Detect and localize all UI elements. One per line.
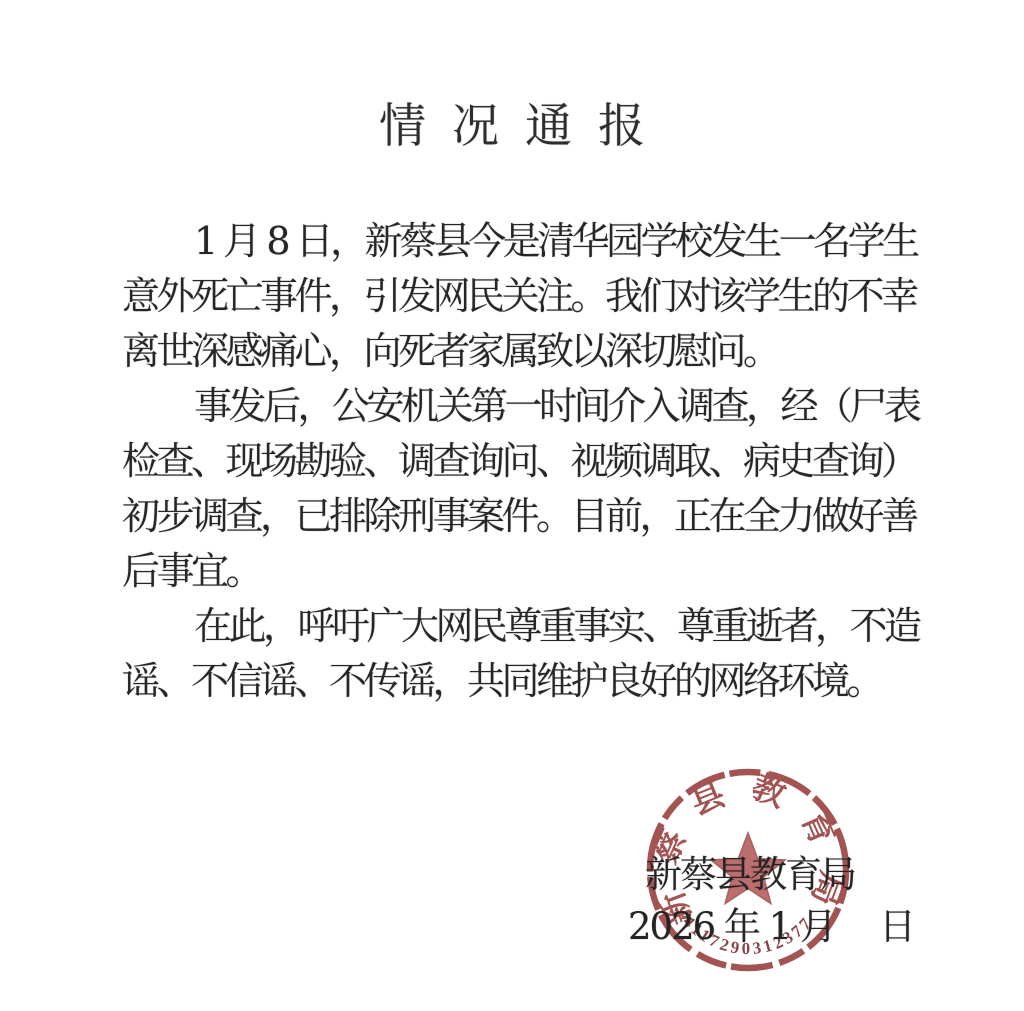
- body-line-1: 1 月 8 日，新蔡县今是清华园学校发生一名学生: [122, 214, 917, 269]
- body-line-2: 意外死亡事件，引发网民关注。我们对该学生的不幸: [122, 269, 917, 324]
- document-title: 情况通报: [0, 89, 1024, 156]
- body-line-5: 检查、现场勘验、调查询问、视频调取、病史查询）: [122, 434, 917, 489]
- issue-date-day-suffix: 日: [879, 905, 914, 948]
- body-line-9: 谣、不信谣、不传谣，共同维护良好的网络环境。: [122, 654, 917, 709]
- body-line-4: 事发后，公安机关第一时间介入调查，经（尸表: [122, 379, 917, 434]
- issuer-signature: 新蔡县教育局: [645, 844, 855, 898]
- document-body: 1 月 8 日，新蔡县今是清华园学校发生一名学生 意外死亡事件，引发网民关注。我…: [122, 214, 917, 709]
- body-line-6: 初步调查，已排除刑事案件。目前，正在全力做好善: [122, 489, 917, 544]
- body-line-7: 后事宜。: [122, 544, 917, 599]
- issue-date: 2026 年 1 月日: [628, 896, 914, 950]
- issue-date-prefix: 2026 年 1 月: [628, 905, 835, 948]
- notice-document-page: 情况通报 1 月 8 日，新蔡县今是清华园学校发生一名学生 意外死亡事件，引发网…: [0, 0, 1024, 1011]
- body-line-8: 在此，呼吁广大网民尊重事实、尊重逝者，不造: [122, 599, 917, 654]
- body-line-3: 离世深感痛心，向死者家属致以深切慰问。: [122, 324, 917, 379]
